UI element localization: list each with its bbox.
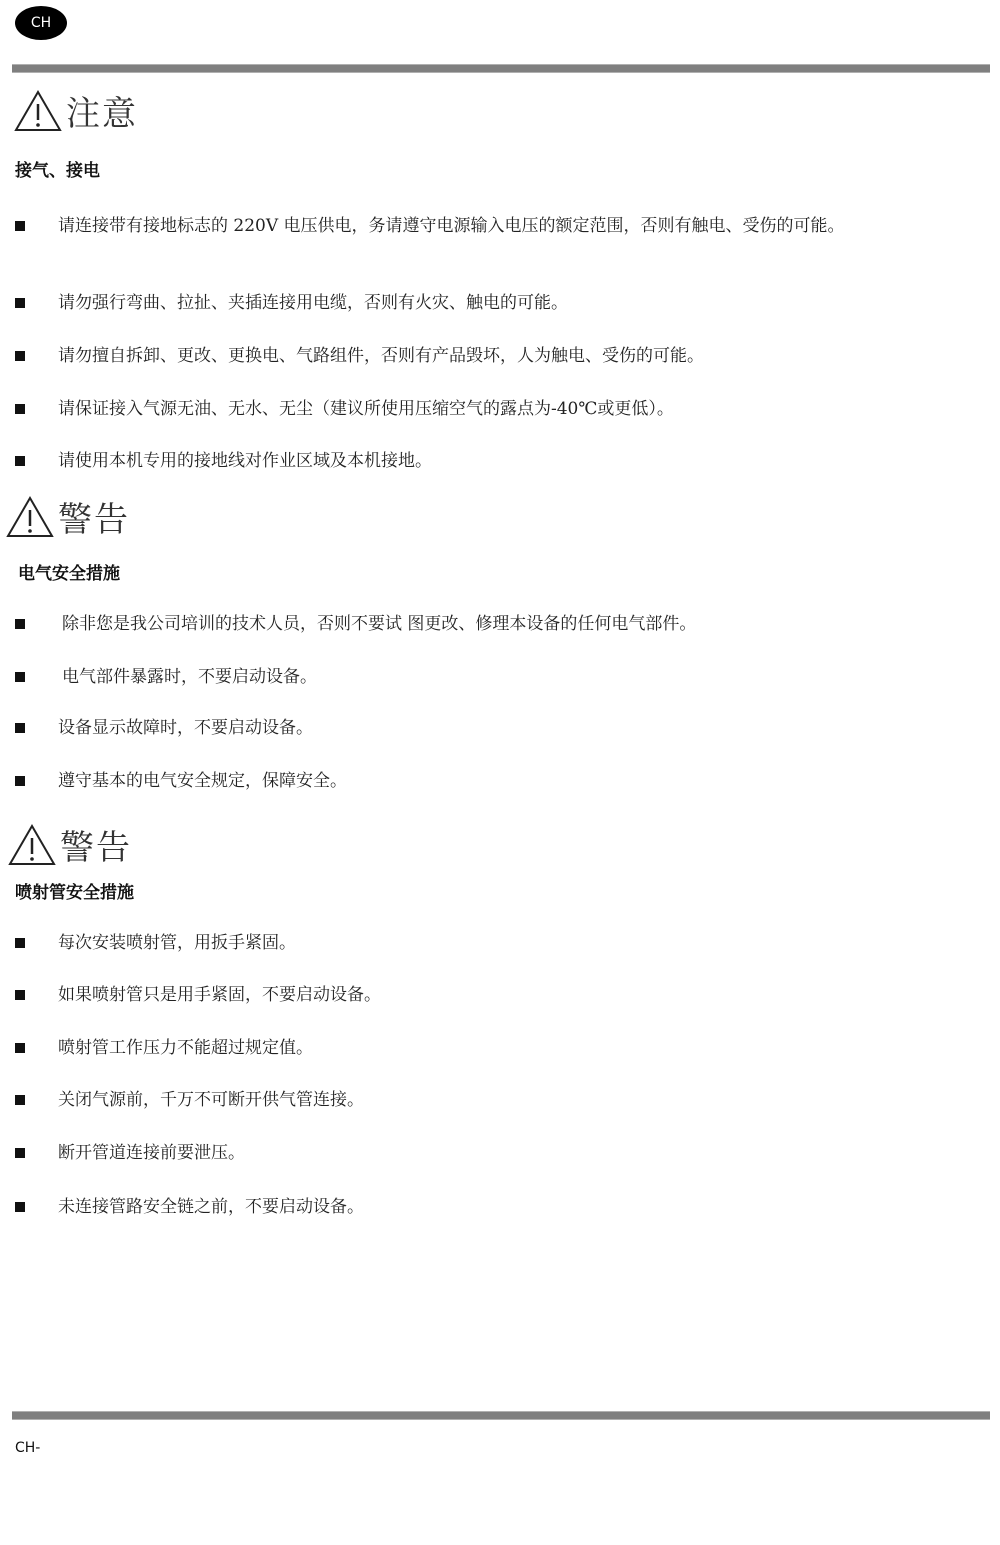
list-item-text: 请保证接入气源无油、无水、无尘（建议所使用压缩空气的露点为-40℃或更低）。	[58, 396, 990, 423]
bullet-icon	[15, 1148, 25, 1158]
list-item-text: 设备显示故障时，不要启动设备。	[58, 715, 990, 742]
list-item-text: 请勿擅自拆卸、更改、更换电、气路组件，否则有产品毁坏，人为触电、受伤的可能。	[58, 343, 990, 370]
list-item-text: 除非您是我公司培训的技术人员，否则不要试 图更改、修理本设备的任何电气部件。	[62, 611, 994, 638]
list-item-text: 关闭气源前，千万不可断开供气管连接。	[58, 1087, 990, 1114]
bullet-icon	[15, 938, 25, 948]
page-number: CH-	[15, 1440, 40, 1456]
section-subtitle: 接气、接电	[15, 156, 100, 181]
bullet-icon	[15, 221, 25, 231]
top-divider	[12, 64, 990, 73]
list-item-text: 遵守基本的电气安全规定，保障安全。	[58, 768, 990, 795]
bullet-icon	[15, 404, 25, 414]
bullet-icon	[15, 776, 25, 786]
bullet-icon	[15, 456, 25, 466]
bullet-icon	[15, 298, 25, 308]
bullet-icon	[15, 723, 25, 733]
bullet-icon	[15, 672, 25, 682]
bottom-divider	[12, 1411, 990, 1420]
list-item-text: 未连接管路安全链之前，不要启动设备。	[58, 1194, 990, 1221]
list-item-text: 断开管道连接前要泄压。	[58, 1140, 990, 1167]
bullet-icon	[15, 990, 25, 1000]
bullet-icon	[15, 1095, 25, 1105]
list-item-text: 喷射管工作压力不能超过规定值。	[58, 1035, 990, 1062]
bullet-icon	[15, 351, 25, 361]
bullet-icon	[15, 1202, 25, 1212]
warning-title: 警告	[60, 820, 132, 869]
list-item-text: 如果喷射管只是用手紧固，不要启动设备。	[58, 982, 990, 1009]
caution-title: 注意	[66, 86, 138, 135]
warning-triangle-icon	[6, 496, 54, 538]
warning-title: 警告	[58, 492, 130, 541]
warning-heading: 警告	[8, 820, 132, 869]
language-badge: CH	[15, 6, 67, 40]
section-subtitle: 喷射管安全措施	[15, 878, 134, 903]
caution-heading: 注意	[14, 86, 138, 135]
list-item-text: 每次安装喷射管，用扳手紧固。	[58, 930, 990, 957]
warning-triangle-icon	[14, 90, 62, 132]
warning-triangle-icon	[8, 824, 56, 866]
warning-heading: 警告	[6, 492, 130, 541]
list-item-text: 电气部件暴露时，不要启动设备。	[62, 664, 994, 691]
bullet-icon	[15, 619, 25, 629]
bullet-icon	[15, 1043, 25, 1053]
list-item-text: 请使用本机专用的接地线对作业区域及本机接地。	[58, 448, 990, 475]
list-item-text: 请勿强行弯曲、拉扯、夹插连接用电缆，否则有火灾、触电的可能。	[58, 290, 990, 317]
section-subtitle: 电气安全措施	[18, 559, 120, 584]
list-item-text: 请连接带有接地标志的 220V 电压供电，务请遵守电源输入电压的额定范围，否则有…	[58, 213, 990, 240]
